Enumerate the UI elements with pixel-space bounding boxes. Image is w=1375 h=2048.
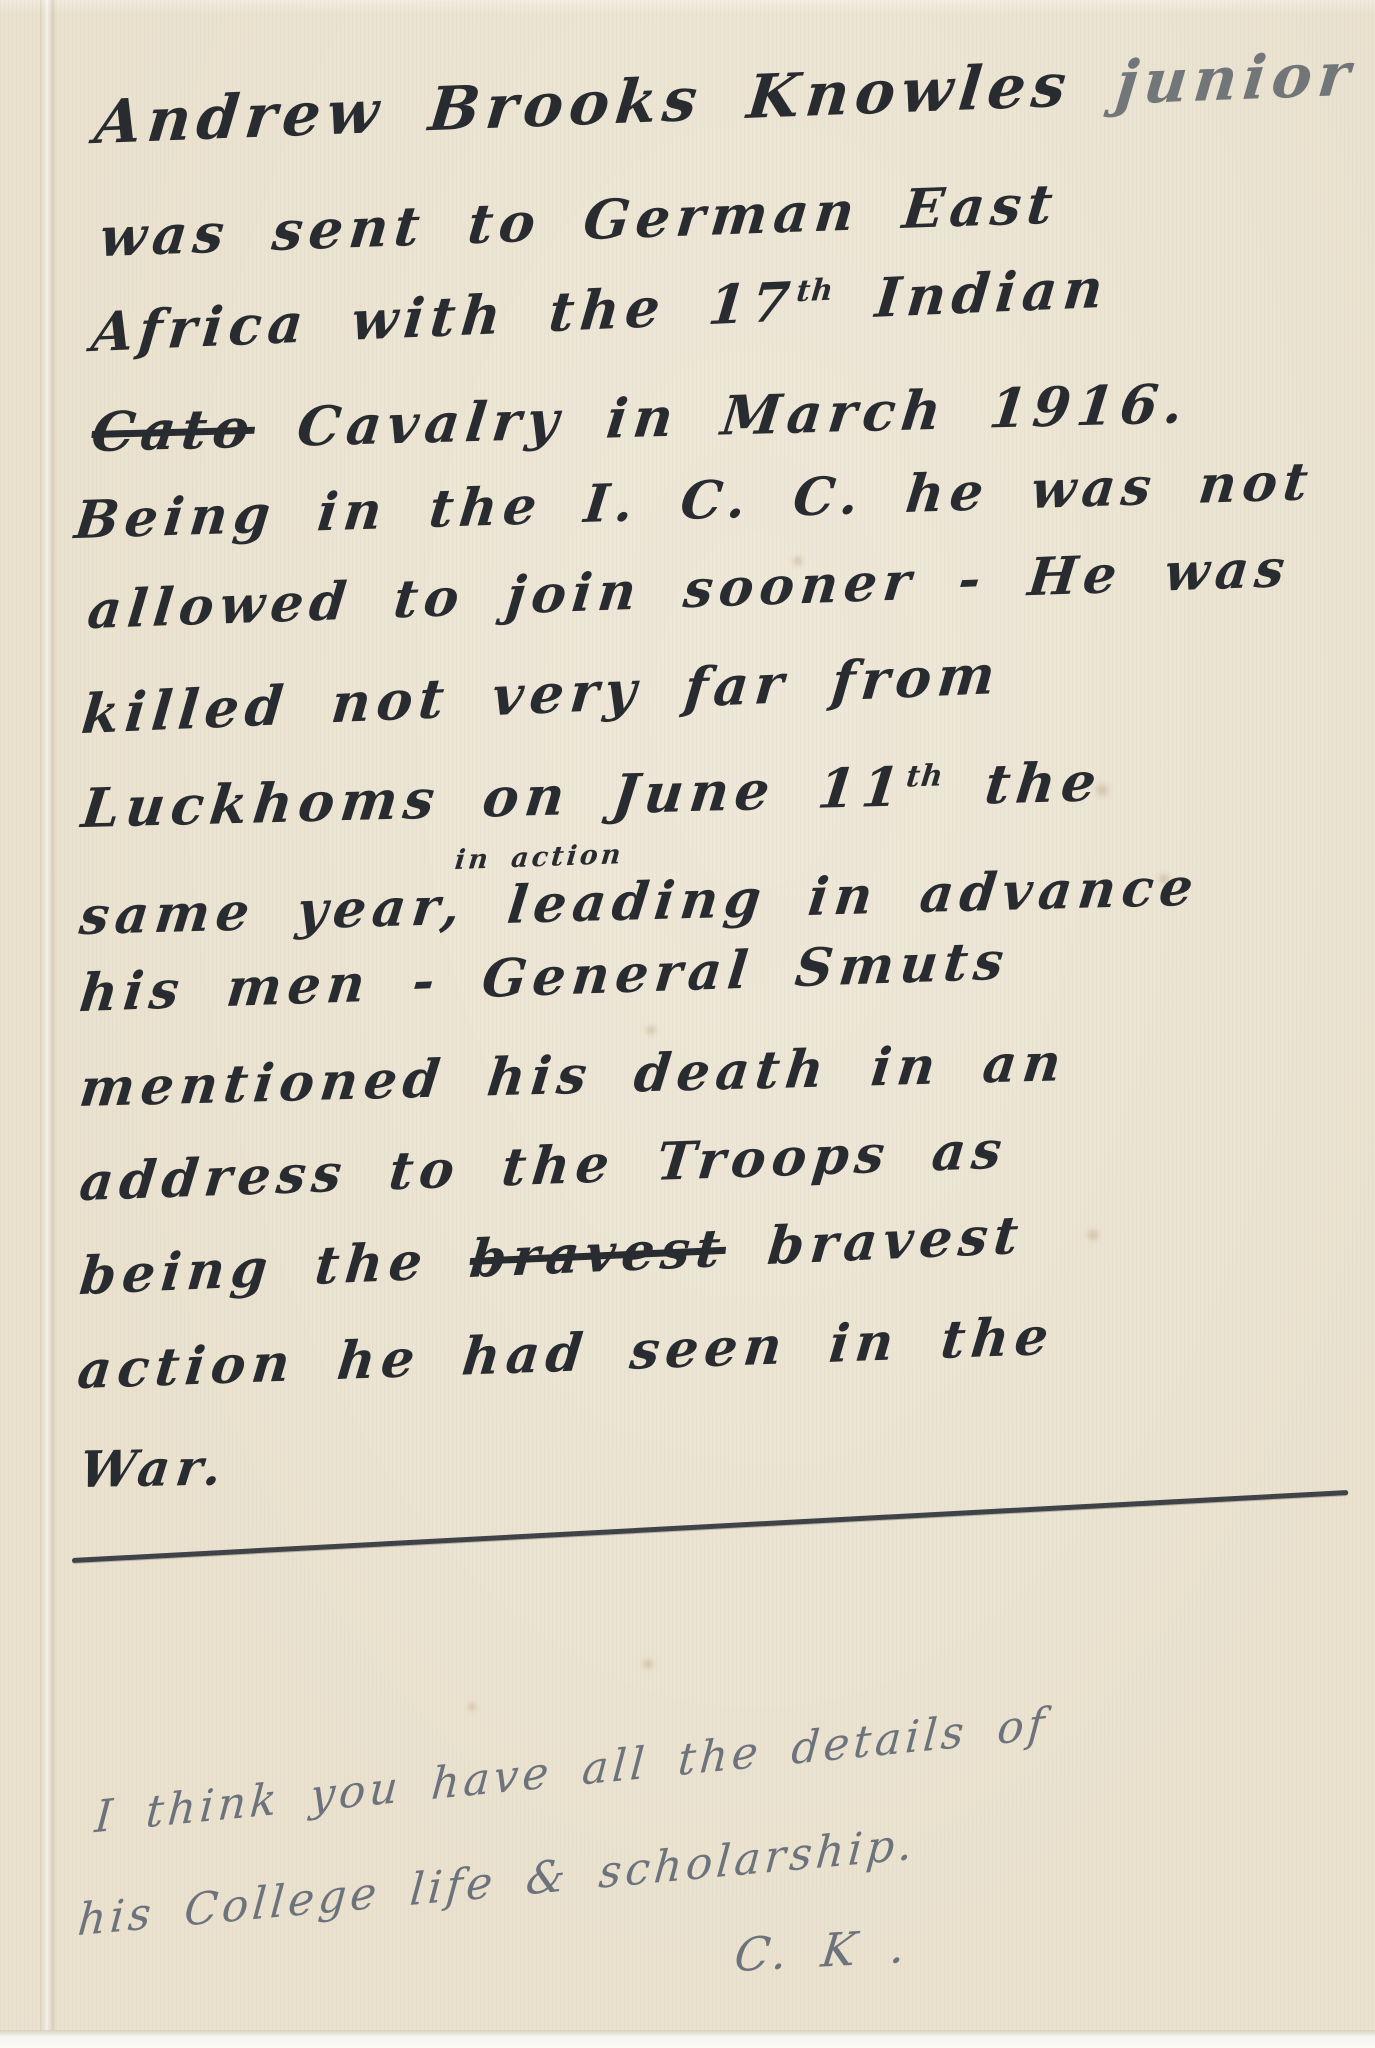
line-text: Africa with the 17	[89, 269, 799, 364]
handwriting-line-3: Africa with the 17th Indian	[89, 255, 1112, 364]
line-text: mentioned his death in an	[77, 1032, 1071, 1119]
handwriting-line-6: allowed to join sooner - He was	[85, 538, 1294, 641]
inserted-note-in-action: in action	[453, 839, 625, 876]
line-text: being the	[77, 1229, 473, 1307]
line-text: Cavalry in March 1916.	[251, 371, 1192, 460]
line-text: Being in the I. C. C. he was not	[72, 451, 1317, 551]
handwriting-line-1: Andrew Brooks Knowles junior	[91, 39, 1359, 158]
handwriting-line-5: Being in the I. C. C. he was not	[72, 451, 1317, 551]
handwriting-line-9: same year, leading in advance	[77, 857, 1203, 947]
page-bottom-edge	[0, 2030, 1375, 2048]
initials-signature: C. K .	[732, 1919, 913, 1983]
faded-word-junior: junior	[1113, 39, 1359, 119]
handwriting-line-8: Luckhoms on June 11th the	[78, 749, 1105, 840]
line-text: the	[939, 749, 1106, 817]
handwriting-line-14: action he had seen in the	[75, 1306, 1057, 1401]
struck-word-bravest: bravest	[467, 1218, 729, 1290]
line-text: his men - General Smuts	[77, 930, 1013, 1024]
handwriting-line-13: being the bravest bravest	[77, 1205, 1027, 1308]
fold-crease	[40, 0, 56, 2030]
foxing-spot	[644, 1024, 658, 1036]
line-text: in action	[453, 839, 625, 876]
line-text: action he had seen in the	[75, 1306, 1057, 1401]
line-text: address to the Troops as	[77, 1119, 1011, 1213]
hand-drawn-divider	[72, 1490, 1348, 1563]
handwriting-line-10: his men - General Smuts	[77, 930, 1013, 1024]
letter-page: Andrew Brooks Knowles junior was sent to…	[0, 0, 1375, 2030]
line-text: allowed to join sooner - He was	[85, 538, 1294, 641]
handwriting-line-12: address to the Troops as	[77, 1119, 1011, 1213]
foxing-spot	[1084, 1228, 1102, 1242]
line-text: same year, leading in advance	[77, 857, 1203, 947]
handwriting-line-4: Cato Cavalry in March 1916.	[88, 371, 1192, 464]
foxing-spot	[466, 1702, 478, 1712]
line-text: was sent to German East	[97, 171, 1062, 269]
handwriting-line-11: mentioned his death in an	[77, 1032, 1071, 1119]
line-text: Indian	[830, 255, 1112, 331]
superscript-th: th	[904, 758, 945, 794]
line-text: War.	[76, 1437, 231, 1499]
line-text: Luckhoms on June 11	[78, 754, 909, 840]
struck-word-cato: Cato	[88, 396, 258, 464]
handwriting-line-15-war: War.	[76, 1437, 231, 1499]
handwriting-line-7: killed not very far from	[79, 642, 1004, 746]
line-text: killed not very far from	[79, 642, 1004, 746]
foxing-spot	[640, 1658, 656, 1670]
handwriting-line-2: was sent to German East	[97, 171, 1062, 269]
line-text: Andrew Brooks Knowles	[91, 49, 1120, 159]
superscript-th: th	[795, 273, 836, 310]
line-text: bravest	[723, 1205, 1027, 1279]
line-text: C. K .	[732, 1919, 913, 1983]
